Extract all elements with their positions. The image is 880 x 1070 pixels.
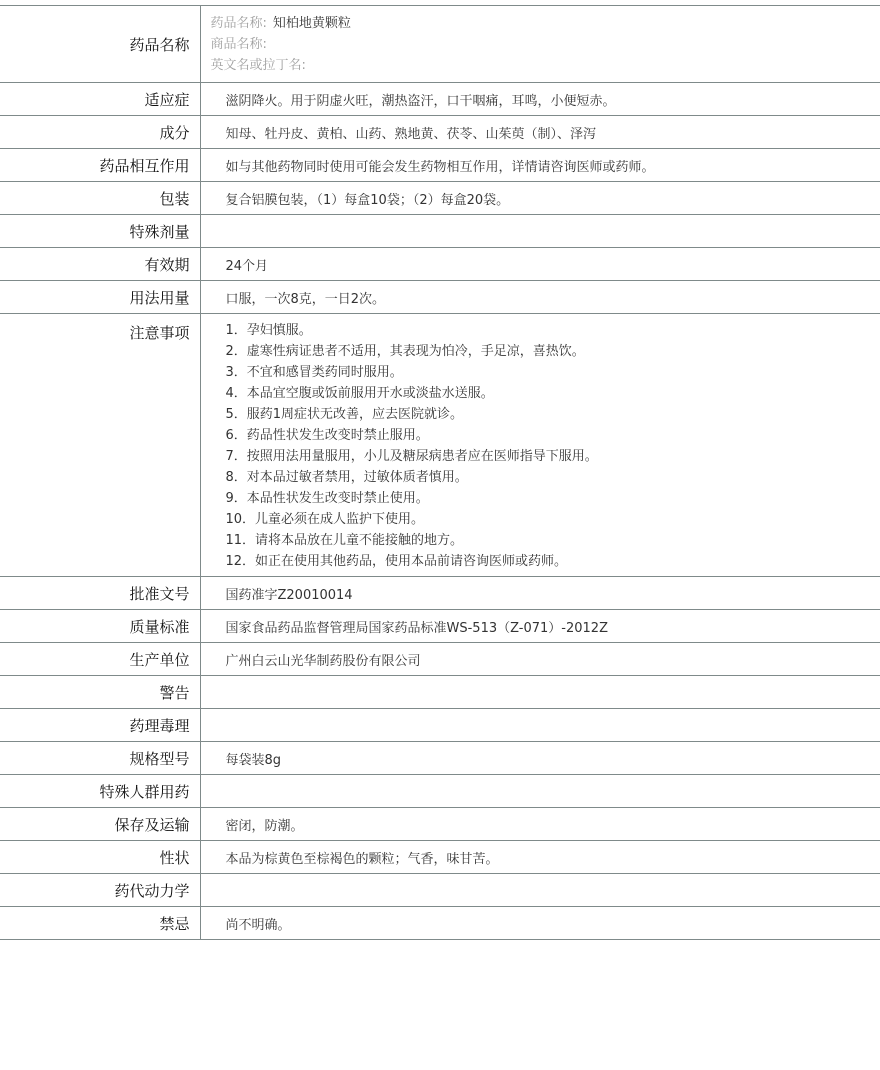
row-value: 本品为棕黄色至棕褐色的颗粒；气香，味甘苦。: [200, 841, 880, 874]
row-label: 包装: [0, 182, 200, 215]
spec-row-approval-number: 批准文号 国药准字Z20010014: [0, 577, 880, 610]
precaution-item: 7．按照用法用量服用，小儿及糖尿病患者应在医师指导下服用。: [226, 446, 880, 467]
row-value: 尚不明确。: [200, 907, 880, 940]
row-label: 成分: [0, 116, 200, 149]
spec-row-special-populations: 特殊人群用药: [0, 775, 880, 808]
precautions-list: 1．孕妇慎服。 2．虚寒性病证患者不适用，其表现为怕冷，手足凉，喜热饮。 3．不…: [200, 314, 880, 577]
row-label: 特殊人群用药: [0, 775, 200, 808]
row-label: 性状: [0, 841, 200, 874]
row-label: 特殊剂量: [0, 215, 200, 248]
precaution-item: 11．请将本品放在儿童不能接触的地方。: [226, 530, 880, 551]
spec-row-storage: 保存及运输 密闭，防潮。: [0, 808, 880, 841]
precaution-item: 6．药品性状发生改变时禁止服用。: [226, 425, 880, 446]
generic-name-value: 知柏地黄颗粒: [273, 16, 351, 31]
row-value: [200, 215, 880, 248]
spec-row-dosage: 用法用量 口服，一次8克，一日2次。: [0, 281, 880, 314]
row-value: 广州白云山光华制药股份有限公司: [200, 643, 880, 676]
row-label: 用法用量: [0, 281, 200, 314]
generic-name-label: 药品名称:: [211, 16, 267, 31]
english-name-line: 英文名或拉丁名:: [211, 55, 880, 76]
row-label: 质量标准: [0, 610, 200, 643]
row-label: 适应症: [0, 83, 200, 116]
spec-row-pharmacokinetics: 药代动力学: [0, 874, 880, 907]
row-label: 规格型号: [0, 742, 200, 775]
row-value: [200, 709, 880, 742]
row-value: 复合铝膜包装，（1）每盒10袋；（2）每盒20袋。: [200, 182, 880, 215]
row-value: 药品名称:知柏地黄颗粒 商品名称: 英文名或拉丁名:: [200, 6, 880, 83]
row-label: 药代动力学: [0, 874, 200, 907]
row-label: 药理毒理: [0, 709, 200, 742]
row-value: 如与其他药物同时使用可能会发生药物相互作用，详情请咨询医师或药师。: [200, 149, 880, 182]
row-value: [200, 775, 880, 808]
precaution-item: 5．服药1周症状无改善，应去医院就诊。: [226, 404, 880, 425]
precaution-item: 12．如正在使用其他药品，使用本品前请咨询医师或药师。: [226, 551, 880, 572]
row-value: 24个月: [200, 248, 880, 281]
drug-spec-table: 药品名称 药品名称:知柏地黄颗粒 商品名称: 英文名或拉丁名: 适应症 滋阴降火…: [0, 5, 880, 940]
spec-row-quality-standard: 质量标准 国家食品药品监督管理局国家药品标准WS-513（Z-071）-2012…: [0, 610, 880, 643]
spec-row-pharmacology-toxicology: 药理毒理: [0, 709, 880, 742]
trade-name-label: 商品名称:: [211, 37, 267, 52]
spec-row-drug-name: 药品名称 药品名称:知柏地黄颗粒 商品名称: 英文名或拉丁名:: [0, 6, 880, 83]
spec-row-manufacturer: 生产单位 广州白云山光华制药股份有限公司: [0, 643, 880, 676]
precaution-item: 4．本品宜空腹或饭前服用开水或淡盐水送服。: [226, 383, 880, 404]
english-name-label: 英文名或拉丁名:: [211, 58, 306, 73]
spec-row-interactions: 药品相互作用 如与其他药物同时使用可能会发生药物相互作用，详情请咨询医师或药师。: [0, 149, 880, 182]
precaution-item: 1．孕妇慎服。: [226, 320, 880, 341]
spec-row-ingredients: 成分 知母、牡丹皮、黄柏、山药、熟地黄、茯苓、山茱萸（制）、泽泻: [0, 116, 880, 149]
row-value: 口服，一次8克，一日2次。: [200, 281, 880, 314]
precaution-item: 9．本品性状发生改变时禁止使用。: [226, 488, 880, 509]
row-label: 药品名称: [0, 6, 200, 83]
row-label: 警告: [0, 676, 200, 709]
spec-row-special-dosage: 特殊剂量: [0, 215, 880, 248]
row-label: 有效期: [0, 248, 200, 281]
row-label: 禁忌: [0, 907, 200, 940]
spec-row-precautions: 注意事项 1．孕妇慎服。 2．虚寒性病证患者不适用，其表现为怕冷，手足凉，喜热饮…: [0, 314, 880, 577]
row-label: 生产单位: [0, 643, 200, 676]
generic-name-line: 药品名称:知柏地黄颗粒: [211, 13, 880, 34]
row-label: 药品相互作用: [0, 149, 200, 182]
row-label: 保存及运输: [0, 808, 200, 841]
row-value: 每袋装8g: [200, 742, 880, 775]
row-value: [200, 874, 880, 907]
precaution-item: 8．对本品过敏者禁用，过敏体质者慎用。: [226, 467, 880, 488]
precaution-item: 3．不宜和感冒类药同时服用。: [226, 362, 880, 383]
spec-row-shelf-life: 有效期 24个月: [0, 248, 880, 281]
trade-name-line: 商品名称:: [211, 34, 880, 55]
row-value: 知母、牡丹皮、黄柏、山药、熟地黄、茯苓、山茱萸（制）、泽泻: [200, 116, 880, 149]
spec-row-indications: 适应症 滋阴降火。用于阴虚火旺，潮热盗汗，口干咽痛，耳鸣，小便短赤。: [0, 83, 880, 116]
row-label: 批准文号: [0, 577, 200, 610]
spec-row-specification: 规格型号 每袋装8g: [0, 742, 880, 775]
row-value: 国药准字Z20010014: [200, 577, 880, 610]
row-label: 注意事项: [0, 314, 200, 577]
spec-row-contraindications: 禁忌 尚不明确。: [0, 907, 880, 940]
precaution-item: 10．儿童必须在成人监护下使用。: [226, 509, 880, 530]
spec-row-warning: 警告: [0, 676, 880, 709]
precaution-item: 2．虚寒性病证患者不适用，其表现为怕冷，手足凉，喜热饮。: [226, 341, 880, 362]
spec-row-packaging: 包装 复合铝膜包装，（1）每盒10袋；（2）每盒20袋。: [0, 182, 880, 215]
row-value: 滋阴降火。用于阴虚火旺，潮热盗汗，口干咽痛，耳鸣，小便短赤。: [200, 83, 880, 116]
spec-row-description: 性状 本品为棕黄色至棕褐色的颗粒；气香，味甘苦。: [0, 841, 880, 874]
row-value: [200, 676, 880, 709]
row-value: 密闭，防潮。: [200, 808, 880, 841]
row-value: 国家食品药品监督管理局国家药品标准WS-513（Z-071）-2012Z: [200, 610, 880, 643]
